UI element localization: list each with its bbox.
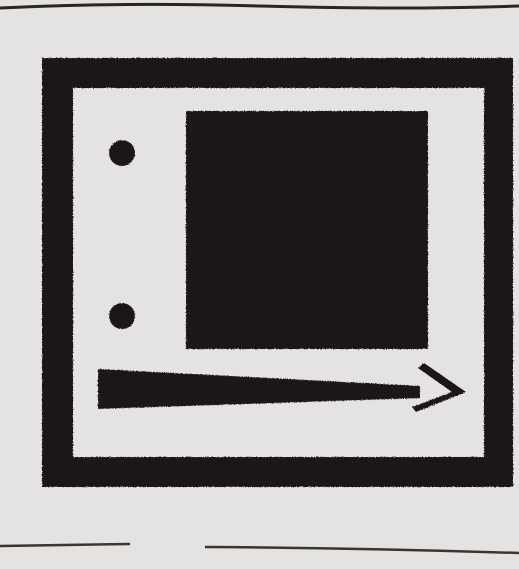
artwork-canvas xyxy=(0,0,519,569)
dot-bottom xyxy=(109,303,135,329)
top-rule-line xyxy=(0,4,519,8)
artwork-drawing xyxy=(0,0,519,569)
arrow-head xyxy=(412,363,466,412)
arrow-shaft xyxy=(98,369,420,409)
dot-top xyxy=(109,140,135,166)
black-square xyxy=(186,111,428,349)
bottom-rule-line xyxy=(0,544,519,553)
